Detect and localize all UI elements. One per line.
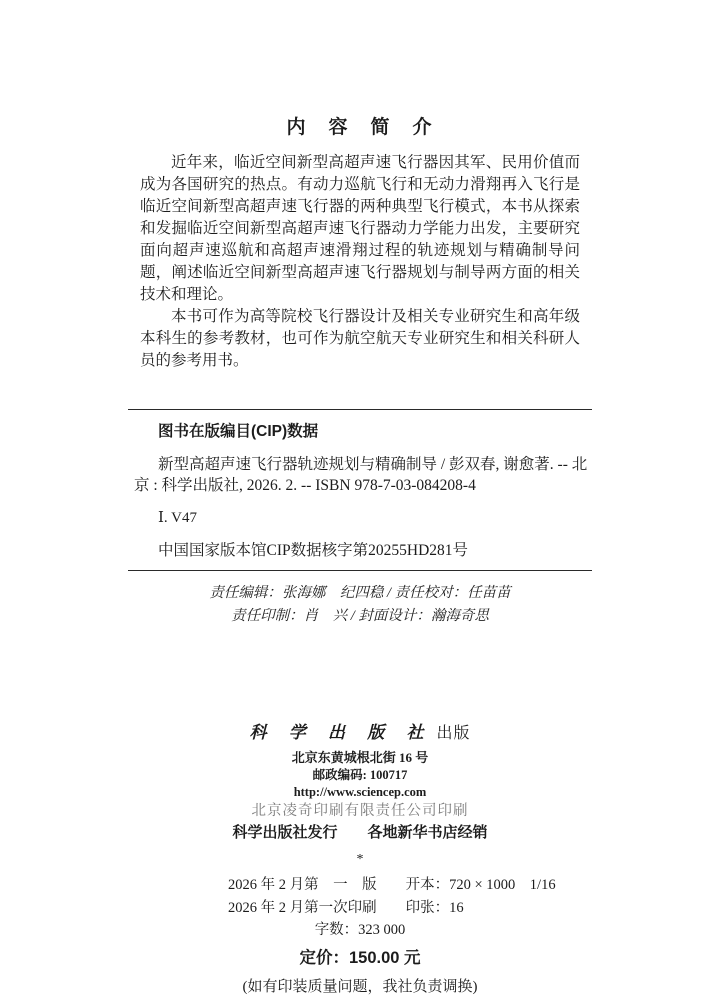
book-copyright-page: 内 容 简 介 近年来，临近空间新型高超声速飞行器因其军、民用价值而成为各国研究… xyxy=(0,0,720,1000)
impression-line: 2026 年 2 月第一次印刷 印张：16 xyxy=(228,897,580,920)
summary-paragraph-2: 本书可作为高等院校飞行器设计及相关专业研究生和高年级本科生的参考教材，也可作为航… xyxy=(140,306,580,372)
publisher-imprint: 科 学 出 版 社 出版 北京东黄城根北街 16 号 邮政编码: 100717 … xyxy=(140,721,580,844)
cip-record-number: 中国国家版本馆CIP数据核字第20255HD281号 xyxy=(128,538,592,560)
content-summary-section: 内 容 简 介 近年来，临近空间新型高超声速飞行器因其军、民用价值而成为各国研究… xyxy=(140,112,580,372)
cip-entry-line2: 京 : 科学出版社, 2026. 2. -- ISBN 978-7-03-084… xyxy=(134,475,592,496)
cip-data-section: 图书在版编目(CIP)数据 新型高超声速飞行器轨迹规划与精确制导 / 彭双春, … xyxy=(128,409,592,571)
credits-print-design-line: 责任印制：肖 兴 / 封面设计：瀚海奇思 xyxy=(140,605,580,628)
printing-details: * 2026 年 2 月第 一 版 开本：720 × 1000 1/16 202… xyxy=(140,852,580,998)
press-publish-label: 出版 xyxy=(436,725,470,742)
price-line: 定价：150.00 元 xyxy=(140,947,580,969)
cip-entry: 新型高超声速飞行器轨迹规划与精确制导 / 彭双春, 谢愈著. -- 北 京 : … xyxy=(128,454,592,496)
press-name-line: 科 学 出 版 社 出版 xyxy=(140,721,580,746)
word-count-line: 字数：323 000 xyxy=(140,919,580,941)
cip-header: 图书在版编目(CIP)数据 xyxy=(128,419,592,441)
quality-notice: (如有印装质量问题，我社负责调换) xyxy=(140,977,580,998)
cip-entry-line1: 新型高超声速飞行器轨迹规划与精确制导 / 彭双春, 谢愈著. -- 北 xyxy=(134,454,592,475)
summary-paragraph-1: 近年来，临近空间新型高超声速飞行器因其军、民用价值而成为各国研究的热点。有动力巡… xyxy=(140,152,580,306)
editorial-credits: 责任编辑：张海娜 纪四稳 / 责任校对：任苗苗 责任印制：肖 兴 / 封面设计：… xyxy=(140,582,580,628)
distribution-line: 科学出版社发行 各地新华书店经销 xyxy=(140,822,580,844)
publisher-url: http://www.sciencep.com xyxy=(140,784,580,801)
summary-title: 内 容 简 介 xyxy=(140,112,580,139)
credits-editors-line: 责任编辑：张海娜 纪四稳 / 责任校对：任苗苗 xyxy=(140,582,580,605)
press-logotype: 科 学 出 版 社 xyxy=(249,723,432,742)
asterisk-separator: * xyxy=(140,852,580,868)
printer-company: 北京凌奇印刷有限责任公司印刷 xyxy=(140,801,580,822)
publisher-address: 北京东黄城根北街 16 号 xyxy=(140,749,580,767)
cip-classification: Ⅰ. V47 xyxy=(128,508,592,527)
edition-block: 2026 年 2 月第 一 版 开本：720 × 1000 1/16 2026 … xyxy=(140,874,580,919)
edition-line: 2026 年 2 月第 一 版 开本：720 × 1000 1/16 xyxy=(228,874,580,897)
publisher-postcode: 邮政编码: 100717 xyxy=(140,767,580,784)
